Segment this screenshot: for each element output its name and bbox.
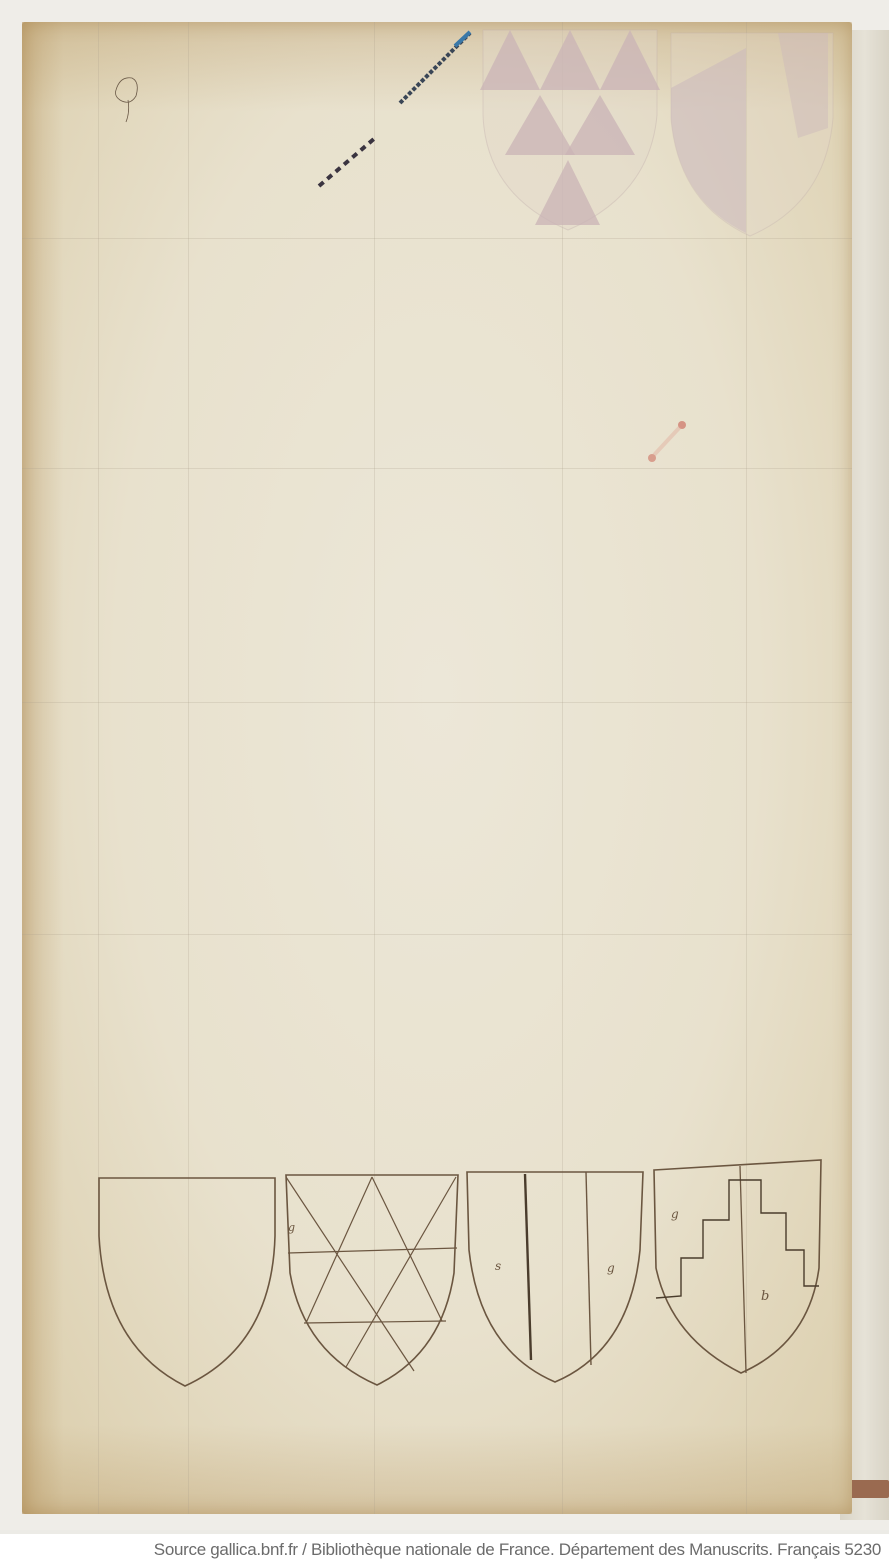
red-stain	[640, 415, 690, 470]
marginal-face-sketch	[108, 70, 158, 130]
attribution-footer: Source gallica.bnf.fr / Bibliothèque nat…	[0, 1534, 889, 1566]
ruling-line	[22, 934, 852, 935]
shield-plain	[97, 1176, 279, 1388]
ruling-line	[22, 238, 852, 239]
svg-text:g: g	[288, 1221, 295, 1234]
ruling-line	[22, 468, 852, 469]
ink-stroke-mark	[315, 28, 475, 193]
shield-pale: s g	[465, 1170, 647, 1385]
showthrough-shield-per-pale	[668, 28, 838, 238]
showthrough-shield-triangles	[480, 25, 660, 235]
svg-text:g: g	[607, 1261, 615, 1275]
svg-text:s: s	[495, 1259, 501, 1273]
attribution-text: Source gallica.bnf.fr / Bibliothèque nat…	[154, 1540, 881, 1560]
ruling-line	[22, 702, 852, 703]
svg-text:g: g	[671, 1207, 679, 1221]
shield-triangles: g	[282, 1173, 462, 1388]
svg-text:b: b	[761, 1289, 769, 1304]
shield-stepped: g b	[651, 1158, 826, 1376]
